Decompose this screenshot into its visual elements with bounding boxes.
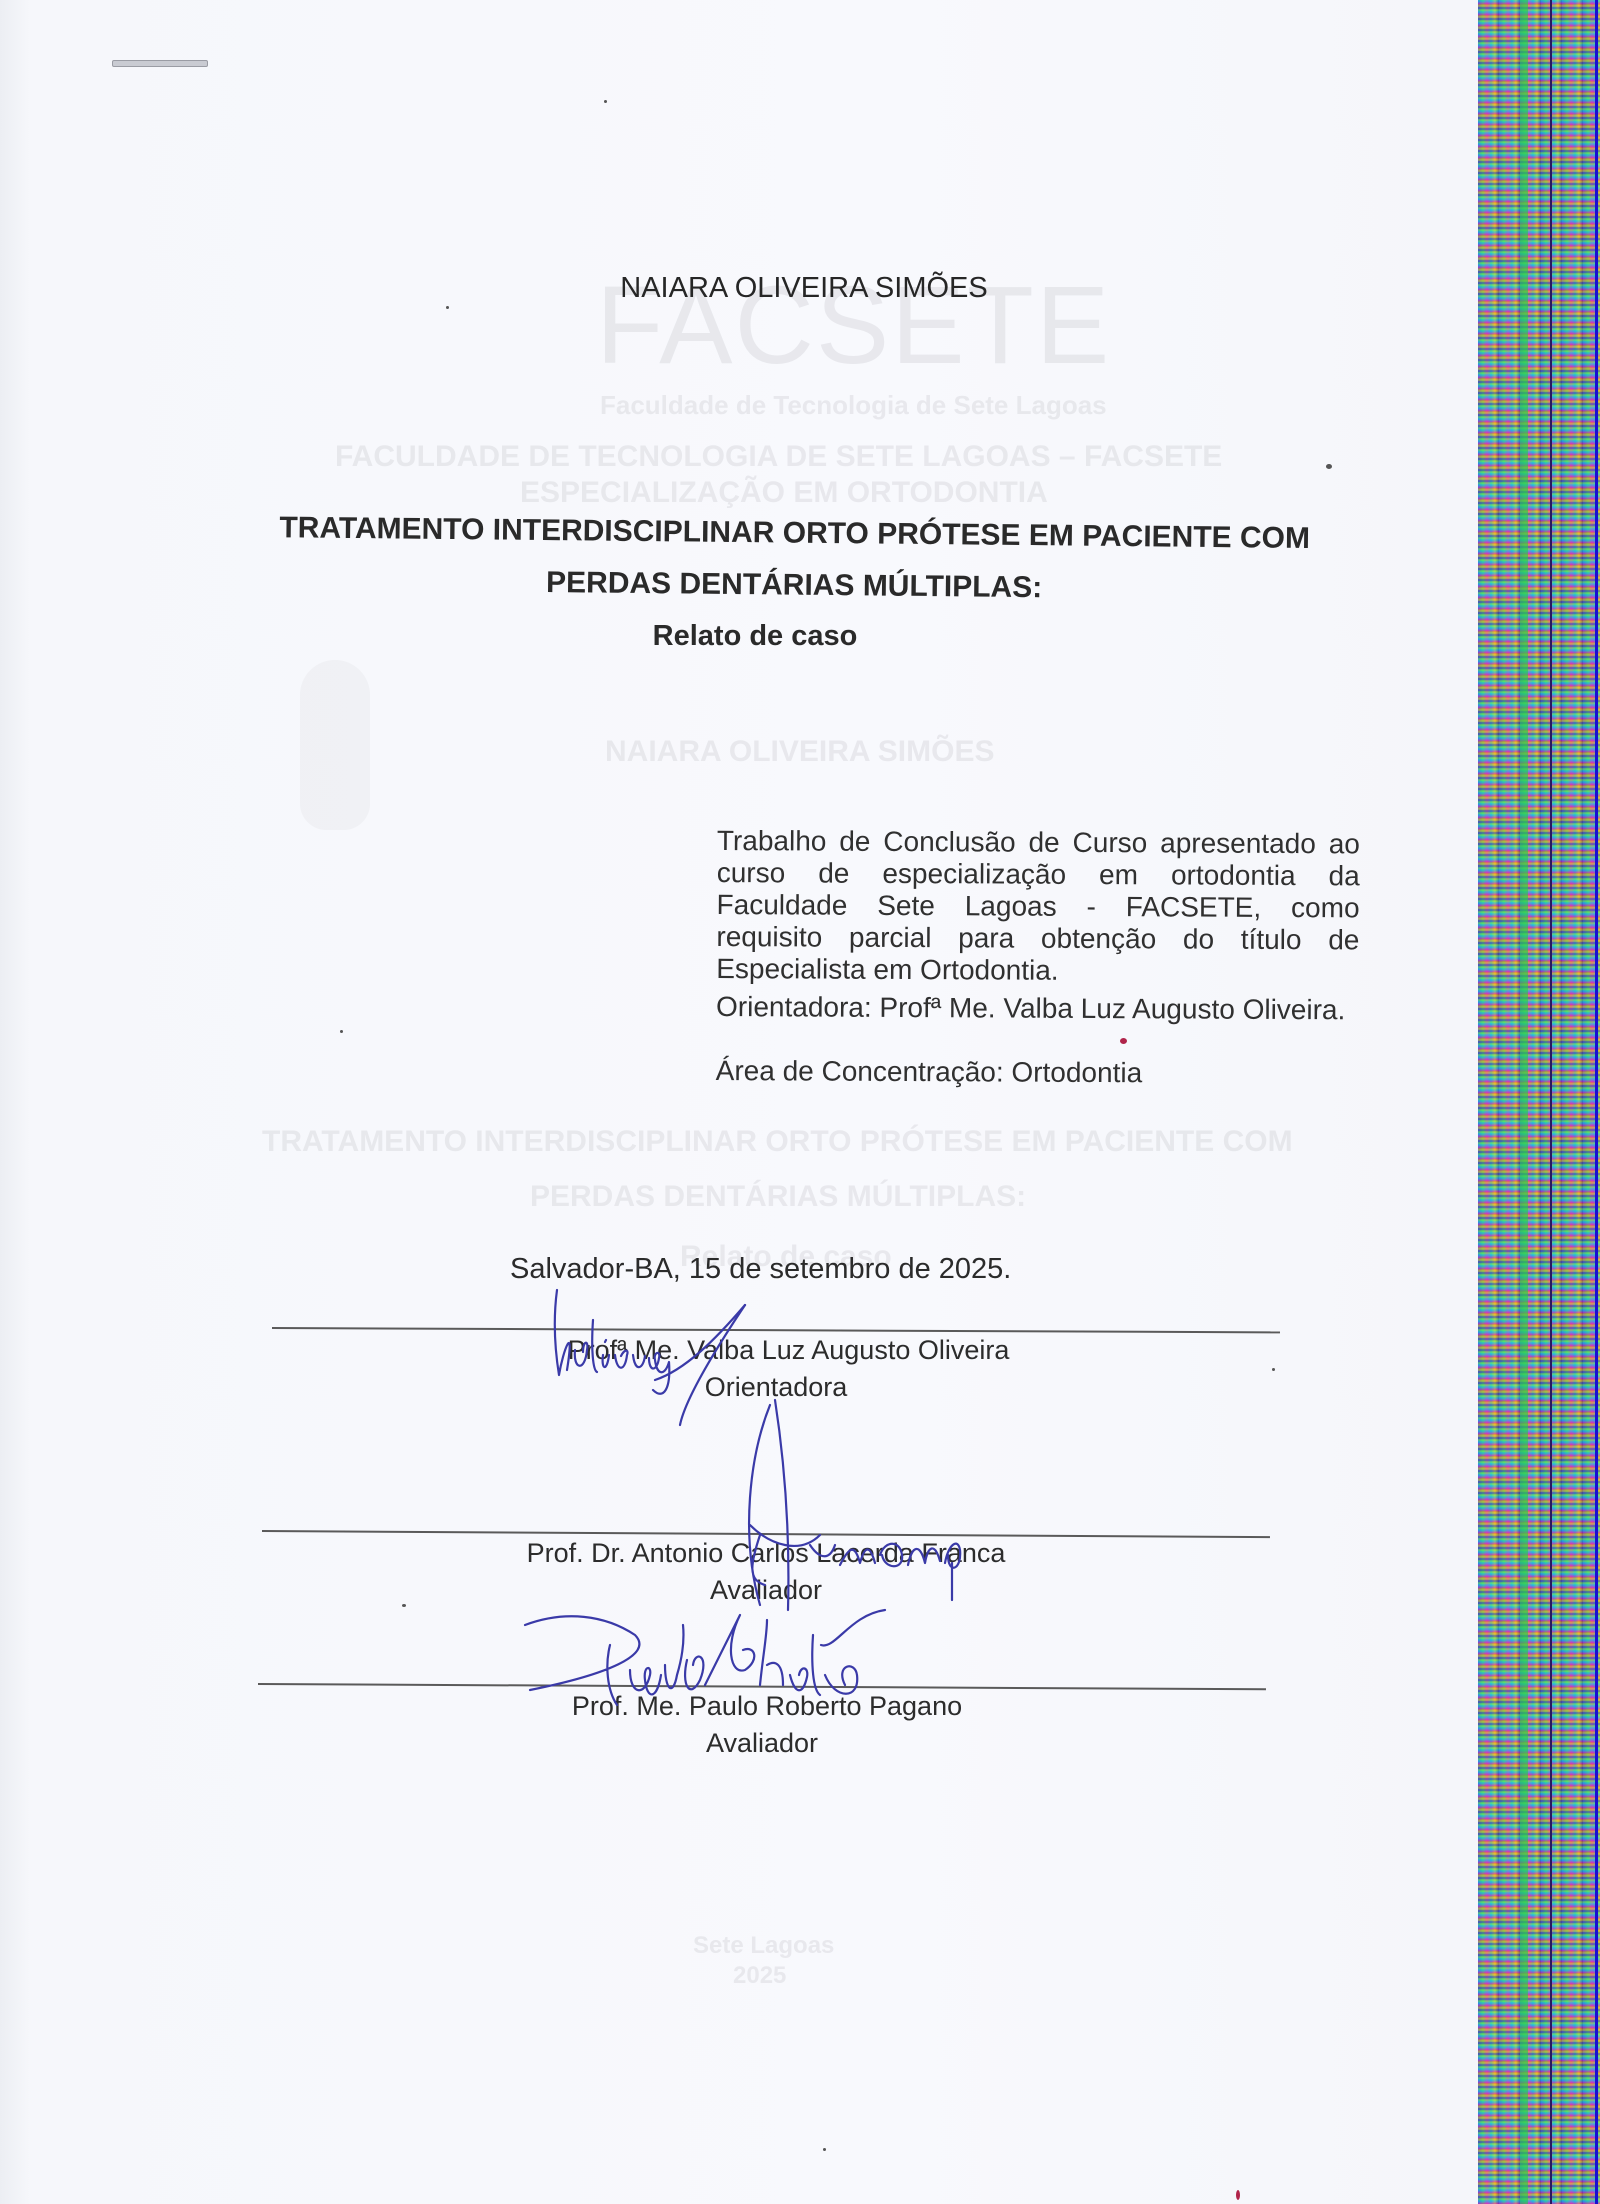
ghost-year: 2025 — [733, 1962, 786, 1990]
scan-speck — [1236, 2190, 1240, 2200]
signature-block-advisor: Profª Me. Valba Luz Augusto Oliveira Ori… — [262, 1327, 1280, 1403]
ghost-city: Sete Lagoas — [693, 1932, 834, 1960]
signer-role: Avaliador — [262, 1575, 1270, 1606]
concentration-area: Área de Concentração: Ortodontia — [716, 1055, 1359, 1090]
scan-speck — [340, 1030, 343, 1033]
document-title: TRATAMENTO INTERDISCIPLINAR ORTO PRÓTESE… — [259, 502, 1330, 617]
signature-line — [262, 1530, 1270, 1538]
scanned-page: FACSETE Faculdade de Tecnologia de Sete … — [0, 0, 1478, 2204]
scan-speck — [402, 1604, 406, 1607]
ghost-institution: FACULDADE DE TECNOLOGIA DE SETE LAGOAS –… — [335, 440, 1222, 474]
author-name: NAIARA OLIVEIRA SIMÕES — [0, 272, 1478, 305]
ghost-title-line: TRATAMENTO INTERDISCIPLINAR ORTO PRÓTESE… — [262, 1125, 1293, 1159]
abstract-block: Trabalho de Conclusão de Curso apresenta… — [716, 825, 1360, 1090]
staple-mark — [112, 60, 208, 67]
scan-speck — [1326, 464, 1332, 469]
scan-speck — [823, 2148, 826, 2151]
signature-line — [272, 1327, 1280, 1333]
scanner-noise-strip — [1478, 0, 1600, 2204]
scan-speck — [446, 306, 449, 309]
signer-role: Avaliador — [258, 1728, 1266, 1759]
ghost-stamp — [300, 660, 370, 830]
signature-block-examiner-1: Prof. Dr. Antonio Carlos Lacerda Franca … — [262, 1530, 1270, 1606]
abstract-paragraph: Trabalho de Conclusão de Curso apresenta… — [716, 825, 1360, 988]
scan-speck — [1272, 1368, 1275, 1371]
signer-name: Prof. Me. Paulo Roberto Pagano — [258, 1691, 1266, 1722]
signer-role: Orientadora — [272, 1372, 1280, 1403]
signature-block-examiner-2: Prof. Me. Paulo Roberto Pagano Avaliador — [258, 1683, 1266, 1759]
scan-speck — [1120, 1038, 1127, 1044]
city-date: Salvador-BA, 15 de setembro de 2025. — [510, 1253, 1011, 1286]
ghost-logo-subtitle: Faculdade de Tecnologia de Sete Lagoas — [600, 390, 1107, 421]
signature-line — [258, 1683, 1266, 1690]
document-subtitle: Relato de caso — [0, 620, 1600, 653]
signer-name: Profª Me. Valba Luz Augusto Oliveira — [272, 1335, 1280, 1366]
signer-name: Prof. Dr. Antonio Carlos Lacerda Franca — [262, 1538, 1270, 1569]
ghost-title-line: PERDAS DENTÁRIAS MÚLTIPLAS: — [530, 1180, 1026, 1214]
ghost-author: NAIARA OLIVEIRA SIMÕES — [605, 735, 994, 769]
scan-speck — [604, 100, 607, 103]
advisor-line: Orientadora: Profª Me. Valba Luz Augusto… — [716, 991, 1359, 1026]
